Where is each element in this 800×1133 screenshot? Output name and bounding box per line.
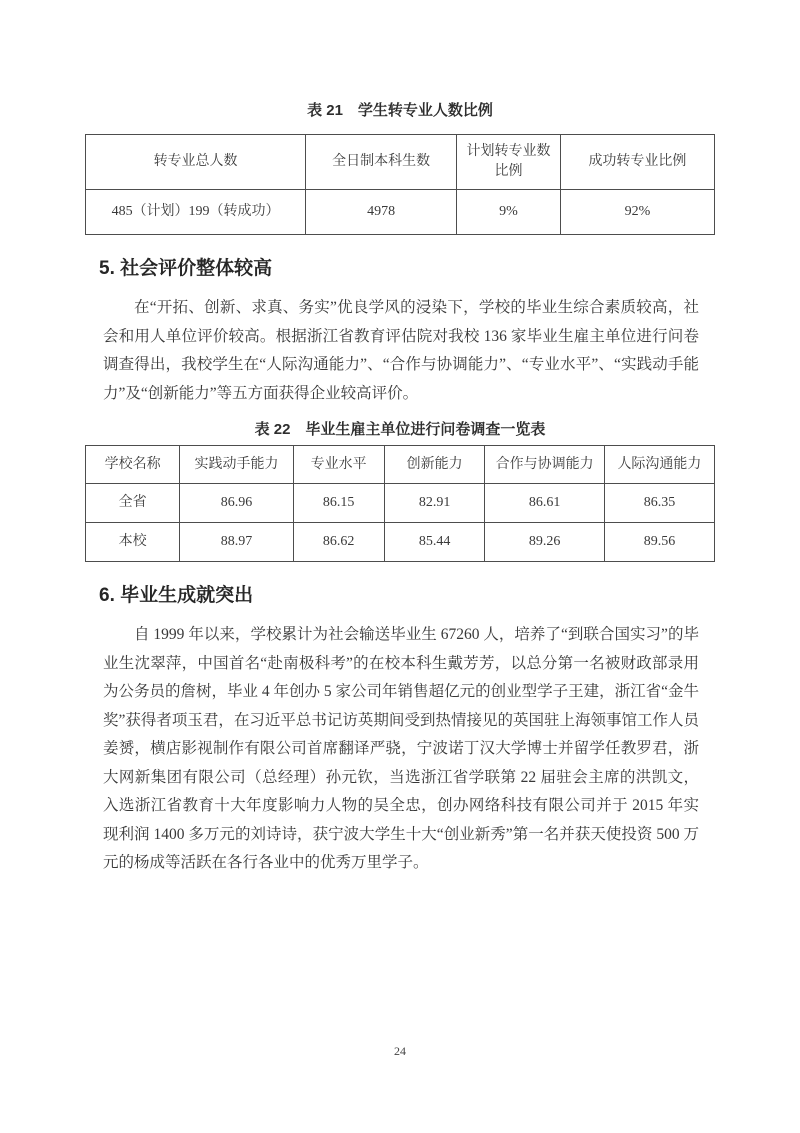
table-cell: 全省 (86, 484, 180, 523)
table-cell: 86.62 (293, 523, 384, 562)
table-major-transfer: 转专业总人数 全日制本科生数 计划转专业数比例 成功转专业比例 485（计划）1… (85, 134, 715, 235)
table-cell: 86.15 (293, 484, 384, 523)
table-row: 本校 88.97 86.62 85.44 89.26 89.56 (86, 523, 715, 562)
table-header-cell: 成功转专业比例 (560, 135, 714, 190)
table-header-cell: 专业水平 (293, 446, 384, 484)
table-cell: 本校 (86, 523, 180, 562)
table-row: 全省 86.96 86.15 82.91 86.61 86.35 (86, 484, 715, 523)
table-cell: 86.61 (485, 484, 605, 523)
table-cell: 485（计划）199（转成功） (86, 190, 306, 235)
section-heading-5: 5. 社会评价整体较高 (99, 257, 715, 281)
table-cell: 89.26 (485, 523, 605, 562)
table-header-row: 转专业总人数 全日制本科生数 计划转专业数比例 成功转专业比例 (86, 135, 715, 190)
table-cell: 9% (457, 190, 561, 235)
table-cell: 85.44 (384, 523, 485, 562)
table-cell: 86.35 (604, 484, 714, 523)
table-header-cell: 转专业总人数 (86, 135, 306, 190)
page-number: 24 (0, 1044, 800, 1059)
table-cell: 86.96 (180, 484, 293, 523)
table-employer-survey: 学校名称 实践动手能力 专业水平 创新能力 合作与协调能力 人际沟通能力 全省 … (85, 445, 715, 562)
table-header-cell: 全日制本科生数 (306, 135, 457, 190)
section-heading-6: 6. 毕业生成就突出 (99, 584, 715, 608)
table-cell: 4978 (306, 190, 457, 235)
table-cell: 92% (560, 190, 714, 235)
table-header-cell: 学校名称 (86, 446, 180, 484)
page-content: 表 21 学生转专业人数比例 转专业总人数 全日制本科生数 计划转专业数比例 成… (85, 0, 715, 878)
table21-caption: 表 21 学生转专业人数比例 (85, 100, 715, 122)
table22-caption: 表 22 毕业生雇主单位进行问卷调查一览表 (85, 419, 715, 441)
table-header-cell: 实践动手能力 (180, 446, 293, 484)
table-cell: 88.97 (180, 523, 293, 562)
table-header-cell: 人际沟通能力 (604, 446, 714, 484)
table-header-row: 学校名称 实践动手能力 专业水平 创新能力 合作与协调能力 人际沟通能力 (86, 446, 715, 484)
table-cell: 82.91 (384, 484, 485, 523)
table-row: 485（计划）199（转成功） 4978 9% 92% (86, 190, 715, 235)
document-page: 表 21 学生转专业人数比例 转专业总人数 全日制本科生数 计划转专业数比例 成… (0, 0, 800, 1133)
table-header-cell: 计划转专业数比例 (457, 135, 561, 190)
section-6-paragraph: 自 1999 年以来，学校累计为社会输送毕业生 67260 人，培养了“到联合国… (85, 621, 715, 878)
section-5-paragraph: 在“开拓、创新、求真、务实”优良学风的浸染下，学校的毕业生综合素质较高，社会和用… (85, 294, 715, 408)
table-header-cell: 创新能力 (384, 446, 485, 484)
table-cell: 89.56 (604, 523, 714, 562)
table-header-cell: 合作与协调能力 (485, 446, 605, 484)
